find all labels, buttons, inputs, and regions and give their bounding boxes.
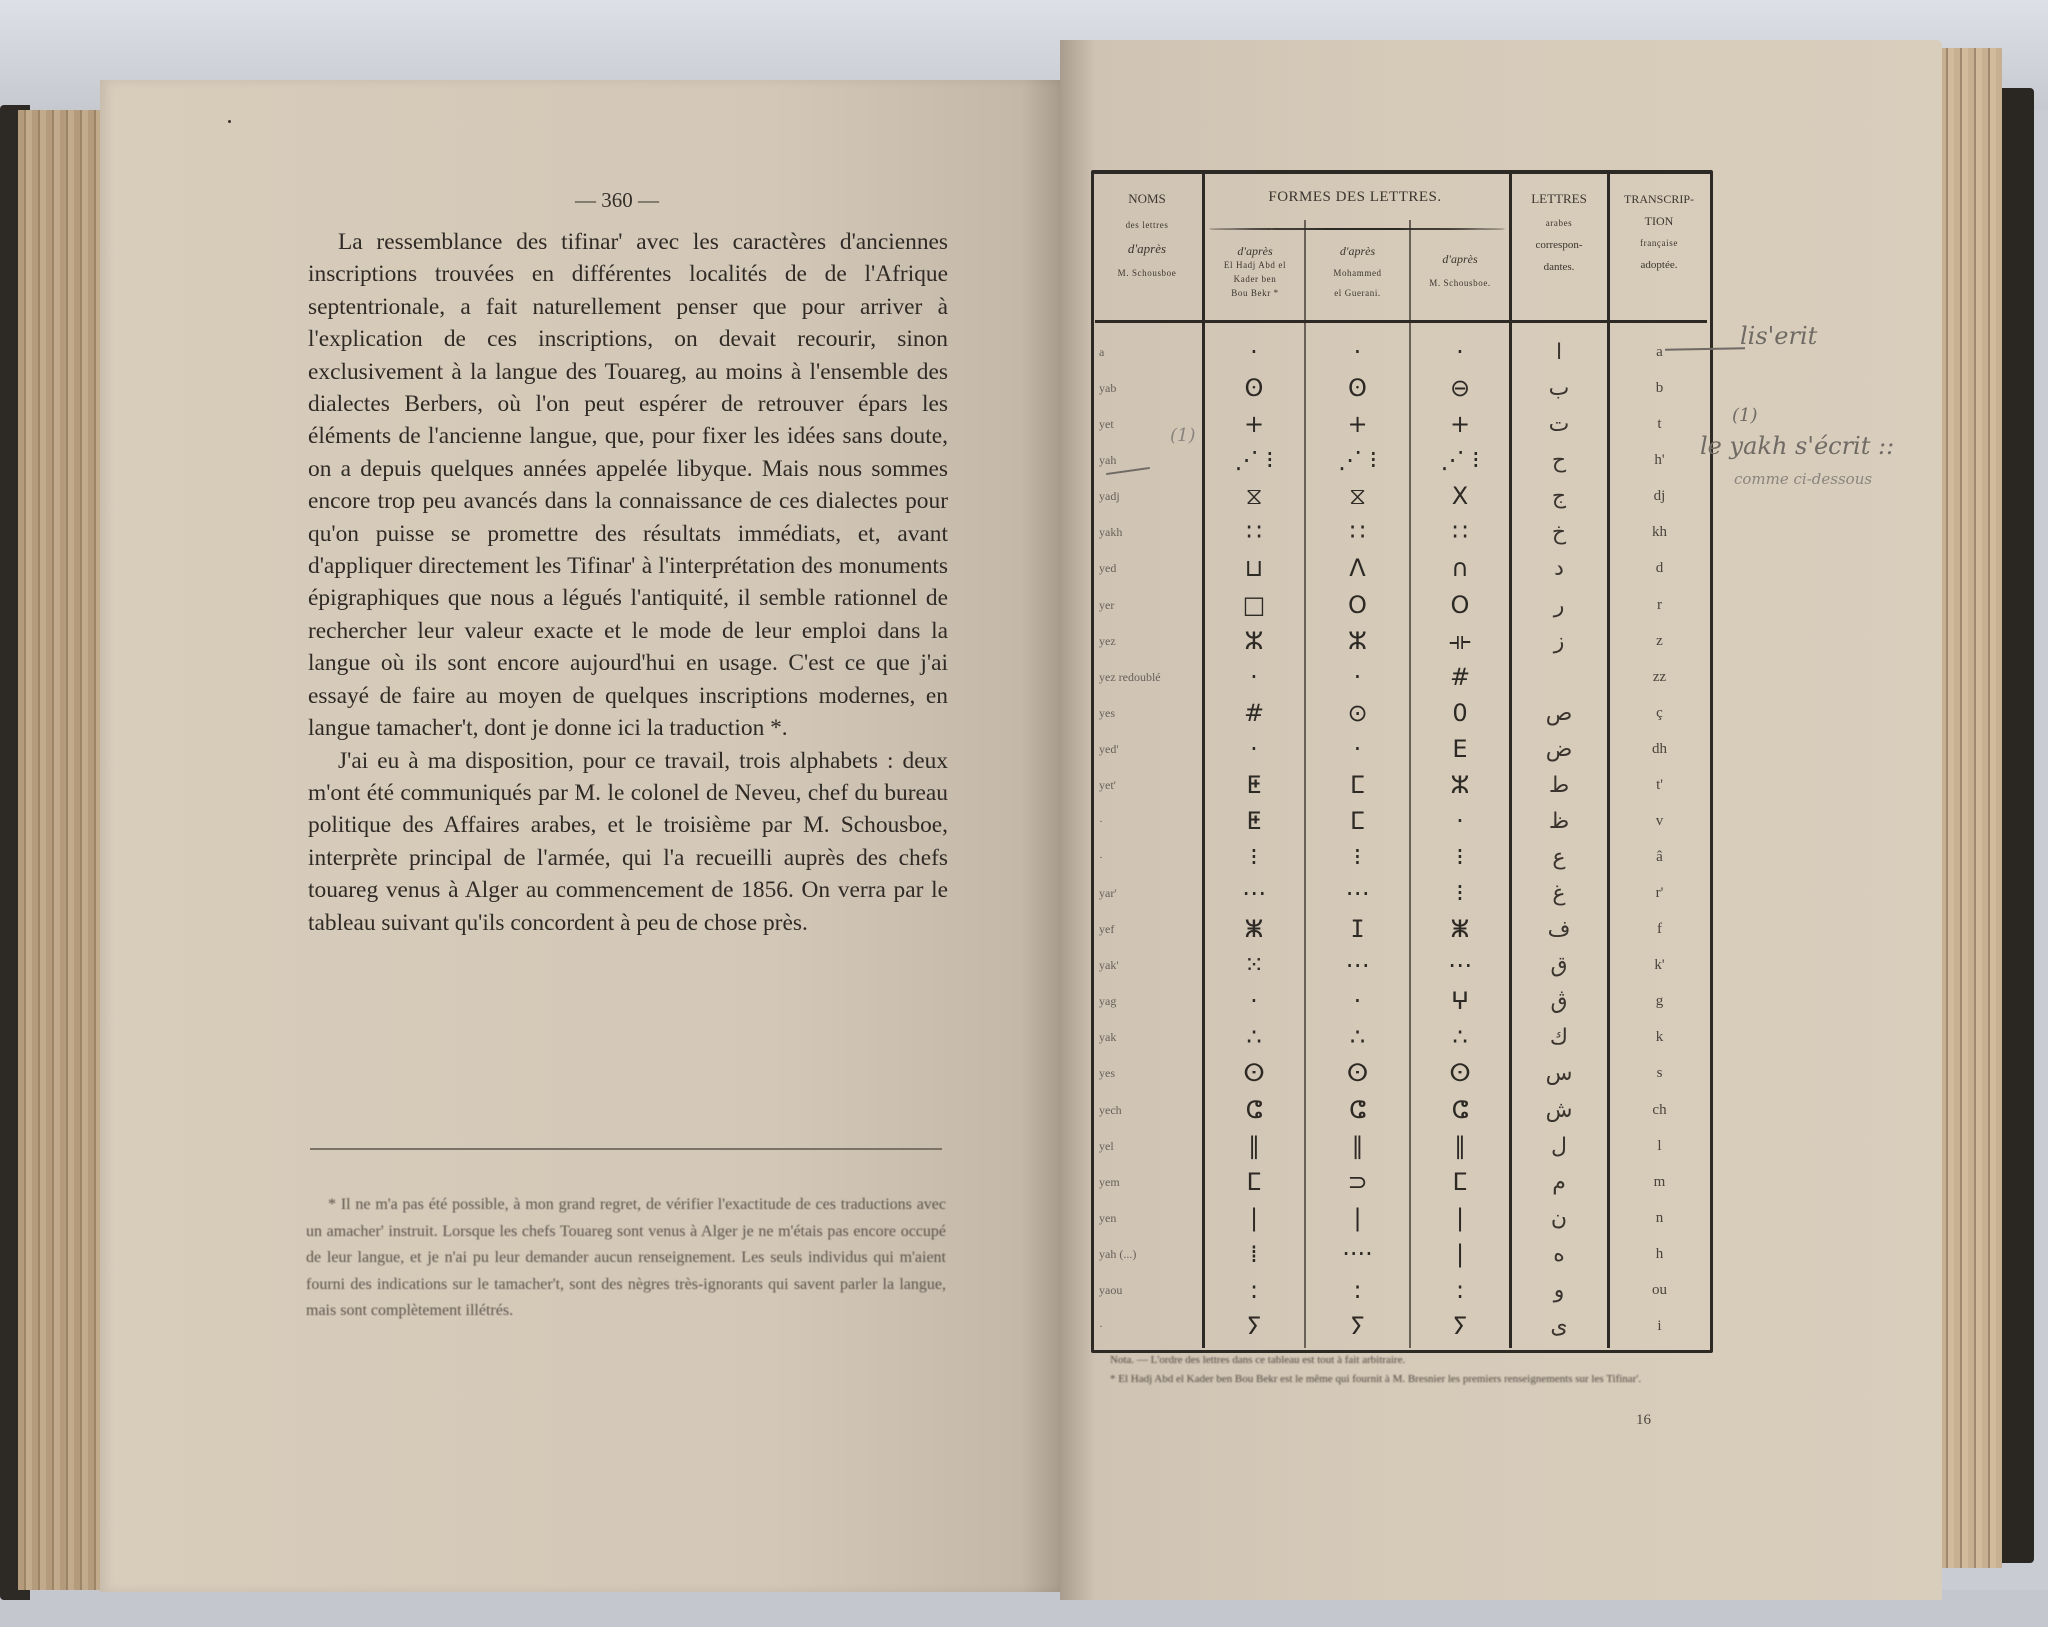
letter-form-3: ⵢ bbox=[1410, 1312, 1510, 1341]
header-forms-col3: d'après M. Schousboe. bbox=[1411, 252, 1509, 290]
letter-form-2: : bbox=[1305, 1276, 1410, 1305]
letter-form-3: ⁝ bbox=[1410, 879, 1510, 908]
table-row: yabʘʘ⊖بb bbox=[1091, 374, 1711, 403]
arabic-letter: ط bbox=[1510, 771, 1608, 800]
letter-form-1: ⵎ bbox=[1203, 1168, 1305, 1197]
transcription: d bbox=[1608, 554, 1711, 583]
letter-name: yed' bbox=[1099, 735, 1194, 764]
table-note: * El Hadj Abd el Kader ben Bou Bekr est … bbox=[1110, 1371, 1710, 1388]
letter-name: yag bbox=[1099, 987, 1194, 1016]
letter-form-3: ⋰ ⁝ bbox=[1410, 446, 1510, 475]
arabic-letter: ڨ bbox=[1510, 987, 1608, 1016]
arabic-letter: ق bbox=[1510, 951, 1608, 980]
handwritten-note: le yakh s'écrit :: bbox=[1700, 432, 1894, 460]
letter-form-2: ⋰ ⁝ bbox=[1305, 446, 1410, 475]
letter-form-1: + bbox=[1203, 410, 1305, 439]
footnote: * Il ne m'a pas été possible, à mon gran… bbox=[306, 1192, 946, 1325]
table-row: yefⵥⵊⵥفf bbox=[1091, 915, 1711, 944]
letter-form-2: · bbox=[1305, 987, 1410, 1016]
transcription: t bbox=[1608, 410, 1711, 439]
arabic-letter: ح bbox=[1510, 446, 1608, 475]
table-row: yah⋰ ⁝⋰ ⁝⋰ ⁝حh' bbox=[1091, 446, 1711, 475]
arabic-letter: ر bbox=[1510, 591, 1608, 620]
letter-form-2: ⊙ bbox=[1305, 699, 1410, 728]
letter-form-2: · bbox=[1305, 338, 1410, 367]
letter-form-2: ⵣ bbox=[1305, 627, 1410, 656]
arabic-letter: ب bbox=[1510, 374, 1608, 403]
header-bottom-rule bbox=[1095, 320, 1707, 323]
transcription: l bbox=[1608, 1132, 1711, 1161]
letter-name: · bbox=[1099, 843, 1194, 872]
letter-form-3: | bbox=[1410, 1240, 1510, 1269]
arabic-letter: ه bbox=[1510, 1240, 1608, 1269]
letter-name: yak bbox=[1099, 1023, 1194, 1052]
arabic-letter: ف bbox=[1510, 915, 1608, 944]
table-row: ·⁝⁝⁝عâ bbox=[1091, 843, 1711, 872]
arabic-letter: ى bbox=[1510, 1312, 1608, 1341]
transcription: ch bbox=[1608, 1096, 1711, 1125]
transcription: r bbox=[1608, 591, 1711, 620]
letter-form-3: ⵎ bbox=[1410, 1168, 1510, 1197]
transcription: g bbox=[1608, 987, 1711, 1016]
body-text: La ressemblance des tifinar' avec les ca… bbox=[308, 226, 948, 939]
letter-form-3: ⵣ bbox=[1410, 771, 1510, 800]
transcription: ou bbox=[1608, 1276, 1711, 1305]
arabic-letter: ص bbox=[1510, 699, 1608, 728]
letter-form-1: · bbox=[1203, 735, 1305, 764]
transcription: h' bbox=[1608, 446, 1711, 475]
header-forms: FORMES DES LETTRES. bbox=[1205, 190, 1505, 204]
transcription: z bbox=[1608, 627, 1711, 656]
letter-form-3: · bbox=[1410, 338, 1510, 367]
letter-name: yef bbox=[1099, 915, 1194, 944]
handwritten-note-line2: comme ci-dessous bbox=[1734, 470, 1872, 488]
handwritten-marker: (1) bbox=[1732, 405, 1758, 426]
letter-form-1: □ bbox=[1203, 591, 1305, 620]
letter-name: yadj bbox=[1099, 482, 1194, 511]
letter-form-2: ⁝ bbox=[1305, 843, 1410, 872]
table-row: yez redoublé··#zz bbox=[1091, 663, 1711, 692]
letter-form-3: ⴹ bbox=[1410, 735, 1510, 764]
letter-form-3: ⵙ bbox=[1410, 1059, 1510, 1088]
arabic-letter bbox=[1510, 663, 1608, 692]
table-row: ·ⵢⵢⵢىi bbox=[1091, 1312, 1711, 1341]
letter-form-3: + bbox=[1410, 410, 1510, 439]
letter-form-1: ∥ bbox=[1203, 1132, 1305, 1161]
handwritten-note-top: lis'erit bbox=[1740, 322, 1817, 350]
letter-name: yah (...) bbox=[1099, 1240, 1194, 1269]
table-row: ·ⵟⵎ·ظv bbox=[1091, 807, 1711, 836]
arabic-letter: ل bbox=[1510, 1132, 1608, 1161]
transcription: k bbox=[1608, 1023, 1711, 1052]
table-row: yed⊔Λ∩دd bbox=[1091, 554, 1711, 583]
letter-form-1: ⵥ bbox=[1203, 915, 1305, 944]
letter-name: yer bbox=[1099, 591, 1194, 620]
header-transcription: TRANSCRIP- TION française adoptée. bbox=[1609, 192, 1709, 272]
letter-form-2: · bbox=[1305, 735, 1410, 764]
letter-form-2: + bbox=[1305, 410, 1410, 439]
letter-form-3: # bbox=[1410, 663, 1510, 692]
letter-form-1: ⋯ bbox=[1203, 879, 1305, 908]
signature-mark: 16 bbox=[1636, 1412, 1651, 1429]
letter-name: yes bbox=[1099, 699, 1194, 728]
letter-form-2: Λ bbox=[1305, 554, 1410, 583]
letter-name: yakh bbox=[1099, 518, 1194, 547]
header-forms-col2: d'après Mohammed el Guerani. bbox=[1306, 244, 1409, 300]
letter-name: yak' bbox=[1099, 951, 1194, 980]
table-row: yag··ⵖڨg bbox=[1091, 987, 1711, 1016]
letter-form-3: O bbox=[1410, 591, 1510, 620]
table-row: yes#⊙0صç bbox=[1091, 699, 1711, 728]
table-row: yemⵎ⊃ⵎمm bbox=[1091, 1168, 1711, 1197]
table-row: yer□OOرr bbox=[1091, 591, 1711, 620]
arabic-letter: ظ bbox=[1510, 807, 1608, 836]
arabic-letter: خ bbox=[1510, 518, 1608, 547]
letter-name: yez bbox=[1099, 627, 1194, 656]
letter-name: · bbox=[1099, 807, 1194, 836]
arabic-letter: ج bbox=[1510, 482, 1608, 511]
letter-form-2: | bbox=[1305, 1204, 1410, 1233]
letter-form-3: · bbox=[1410, 807, 1510, 836]
transcription: k' bbox=[1608, 951, 1711, 980]
letter-name: yah bbox=[1099, 446, 1194, 475]
header-forms-col1: d'après El Hadj Abd el Kader ben Bou Bek… bbox=[1205, 244, 1305, 300]
footnote-text: * Il ne m'a pas été possible, à mon gran… bbox=[306, 1192, 946, 1325]
arabic-letter: س bbox=[1510, 1059, 1608, 1088]
letter-name: yaou bbox=[1099, 1276, 1194, 1305]
letter-form-2: ⋯ bbox=[1305, 951, 1410, 980]
letter-name: yem bbox=[1099, 1168, 1194, 1197]
letter-form-2: O bbox=[1305, 591, 1410, 620]
header-arabic: LETTRES arabes correspon- dantes. bbox=[1511, 192, 1607, 274]
arabic-letter: ا bbox=[1510, 338, 1608, 367]
page-number: — 360 — bbox=[575, 188, 659, 213]
letter-form-2: ⧖ bbox=[1305, 482, 1410, 511]
letter-form-3: ⵥ bbox=[1410, 915, 1510, 944]
transcription: kh bbox=[1608, 518, 1711, 547]
letter-form-2: ⵊ bbox=[1305, 915, 1410, 944]
letter-form-2: ∷ bbox=[1305, 518, 1410, 547]
letter-form-2: ⵙ bbox=[1305, 1059, 1410, 1088]
letter-name: a bbox=[1099, 338, 1194, 367]
letter-form-2: ⊃ bbox=[1305, 1168, 1410, 1197]
transcription: â bbox=[1608, 843, 1711, 872]
letter-name: yech bbox=[1099, 1096, 1194, 1125]
letter-name: yed bbox=[1099, 554, 1194, 583]
letter-form-1: # bbox=[1203, 699, 1305, 728]
transcription: m bbox=[1608, 1168, 1711, 1197]
transcription: f bbox=[1608, 915, 1711, 944]
letter-form-1: · bbox=[1203, 338, 1305, 367]
table-row: yesⵙⵙⵙسs bbox=[1091, 1059, 1711, 1088]
table-row: yel∥∥∥لl bbox=[1091, 1132, 1711, 1161]
letter-name: · bbox=[1099, 1312, 1194, 1341]
paragraph-2: J'ai eu à ma disposition, pour ce travai… bbox=[308, 745, 948, 939]
letter-form-1: ʘ bbox=[1203, 374, 1305, 403]
letter-form-2: ⵎ bbox=[1305, 807, 1410, 836]
arabic-letter: د bbox=[1510, 554, 1608, 583]
letter-name: yen bbox=[1099, 1204, 1194, 1233]
transcription: t' bbox=[1608, 771, 1711, 800]
table-row: yadj⧖⧖Xجdj bbox=[1091, 482, 1711, 511]
letter-name: yar' bbox=[1099, 879, 1194, 908]
letter-form-1: ⧖ bbox=[1203, 482, 1305, 511]
page-edges-right bbox=[1940, 48, 2002, 1568]
letter-form-1: ⵟ bbox=[1203, 807, 1305, 836]
letter-form-1: · bbox=[1203, 663, 1305, 692]
transcription: r' bbox=[1608, 879, 1711, 908]
transcription: b bbox=[1608, 374, 1711, 403]
table-row: yen|||نn bbox=[1091, 1204, 1711, 1233]
letter-form-1: ⋰ ⁝ bbox=[1203, 446, 1305, 475]
letter-form-2: ∥ bbox=[1305, 1132, 1410, 1161]
forms-header-rule bbox=[1209, 228, 1505, 230]
arabic-letter: ك bbox=[1510, 1023, 1608, 1052]
paper-speck bbox=[228, 120, 231, 123]
letter-form-3: ∷ bbox=[1410, 518, 1510, 547]
letter-name: yab bbox=[1099, 374, 1194, 403]
page-edges-left bbox=[18, 110, 100, 1590]
table-row: yah (...)⁞····|هh bbox=[1091, 1240, 1711, 1269]
transcription: v bbox=[1608, 807, 1711, 836]
arabic-letter: غ bbox=[1510, 879, 1608, 908]
letter-form-3: | bbox=[1410, 1204, 1510, 1233]
letter-form-3: 0 bbox=[1410, 699, 1510, 728]
letter-form-1: ⁙ bbox=[1203, 951, 1305, 980]
letter-form-2: ⵎ bbox=[1305, 771, 1410, 800]
transcription: a bbox=[1608, 338, 1711, 367]
arabic-letter: م bbox=[1510, 1168, 1608, 1197]
table-row: a···اa bbox=[1091, 338, 1711, 367]
table-row: yak'⁙⋯⋯قk' bbox=[1091, 951, 1711, 980]
header-names: NOMS des lettres d'après M. Schousboe bbox=[1097, 192, 1197, 280]
letter-form-1: ⵣ bbox=[1203, 627, 1305, 656]
letter-form-1: · bbox=[1203, 987, 1305, 1016]
letter-name: yez redoublé bbox=[1099, 663, 1194, 692]
transcription: n bbox=[1608, 1204, 1711, 1233]
letter-name: yel bbox=[1099, 1132, 1194, 1161]
letter-form-3: ⵛ bbox=[1410, 1096, 1510, 1125]
letter-form-1: ⵛ bbox=[1203, 1096, 1305, 1125]
letter-form-2: ʘ bbox=[1305, 374, 1410, 403]
letter-form-3: ∥ bbox=[1410, 1132, 1510, 1161]
arabic-letter: ن bbox=[1510, 1204, 1608, 1233]
letter-form-3: ⵖ bbox=[1410, 987, 1510, 1016]
letter-form-1: ∷ bbox=[1203, 518, 1305, 547]
arabic-letter: ع bbox=[1510, 843, 1608, 872]
table-row: yakh∷∷∷خkh bbox=[1091, 518, 1711, 547]
letter-form-3: ⋯ bbox=[1410, 951, 1510, 980]
table-notes: Nota. — L'ordre des lettres dans ce tabl… bbox=[1110, 1352, 1710, 1390]
table-row: yar'⋯⋯⁝غr' bbox=[1091, 879, 1711, 908]
letter-form-2: · bbox=[1305, 663, 1410, 692]
transcription: zz bbox=[1608, 663, 1711, 692]
letter-form-1: ⵢ bbox=[1203, 1312, 1305, 1341]
footnote-rule bbox=[310, 1148, 942, 1150]
letter-form-3: : bbox=[1410, 1276, 1510, 1305]
letter-form-3: X bbox=[1410, 482, 1510, 511]
table-row: yezⵣⵣ⟛زz bbox=[1091, 627, 1711, 656]
letter-form-1: ⵟ bbox=[1203, 771, 1305, 800]
transcription: s bbox=[1608, 1059, 1711, 1088]
letter-form-2: ∴ bbox=[1305, 1023, 1410, 1052]
transcription: dj bbox=[1608, 482, 1711, 511]
letter-name: yes bbox=[1099, 1059, 1194, 1088]
letter-form-1: : bbox=[1203, 1276, 1305, 1305]
letter-form-3: ⟛ bbox=[1410, 627, 1510, 656]
transcription: i bbox=[1608, 1312, 1711, 1341]
arabic-letter: ت bbox=[1510, 410, 1608, 439]
table-row: yak∴∴∴كk bbox=[1091, 1023, 1711, 1052]
letter-form-1: ⵙ bbox=[1203, 1059, 1305, 1088]
letter-form-3: ∴ bbox=[1410, 1023, 1510, 1052]
transcription: dh bbox=[1608, 735, 1711, 764]
transcription: h bbox=[1608, 1240, 1711, 1269]
letter-form-2: ⵢ bbox=[1305, 1312, 1410, 1341]
letter-form-1: | bbox=[1203, 1204, 1305, 1233]
letter-form-3: ⁝ bbox=[1410, 843, 1510, 872]
letter-form-1: ⁝ bbox=[1203, 843, 1305, 872]
table-row: yet'ⵟⵎⵣطt' bbox=[1091, 771, 1711, 800]
letter-form-2: ···· bbox=[1305, 1240, 1410, 1269]
handwritten-table-marker: (1) bbox=[1170, 425, 1196, 446]
paragraph-1: La ressemblance des tifinar' avec les ca… bbox=[308, 226, 948, 745]
table-row: yed'··ⴹضdh bbox=[1091, 735, 1711, 764]
letter-form-1: ⊔ bbox=[1203, 554, 1305, 583]
letter-form-3: ∩ bbox=[1410, 554, 1510, 583]
letter-form-2: ⋯ bbox=[1305, 879, 1410, 908]
arabic-letter: ض bbox=[1510, 735, 1608, 764]
table-note: Nota. — L'ordre des lettres dans ce tabl… bbox=[1110, 1352, 1710, 1369]
letter-form-1: ∴ bbox=[1203, 1023, 1305, 1052]
arabic-letter: و bbox=[1510, 1276, 1608, 1305]
letter-form-2: ⵛ bbox=[1305, 1096, 1410, 1125]
alphabet-table: NOMS des lettres d'après M. Schousboe FO… bbox=[1091, 170, 1711, 1348]
table-row: yechⵛⵛⵛشch bbox=[1091, 1096, 1711, 1125]
book-cover-right bbox=[2000, 88, 2034, 1563]
table-row: yaou:::وou bbox=[1091, 1276, 1711, 1305]
letter-form-3: ⊖ bbox=[1410, 374, 1510, 403]
letter-name: yet' bbox=[1099, 771, 1194, 800]
arabic-letter: ش bbox=[1510, 1096, 1608, 1125]
transcription: ç bbox=[1608, 699, 1711, 728]
arabic-letter: ز bbox=[1510, 627, 1608, 656]
letter-form-1: ⁞ bbox=[1203, 1240, 1305, 1269]
